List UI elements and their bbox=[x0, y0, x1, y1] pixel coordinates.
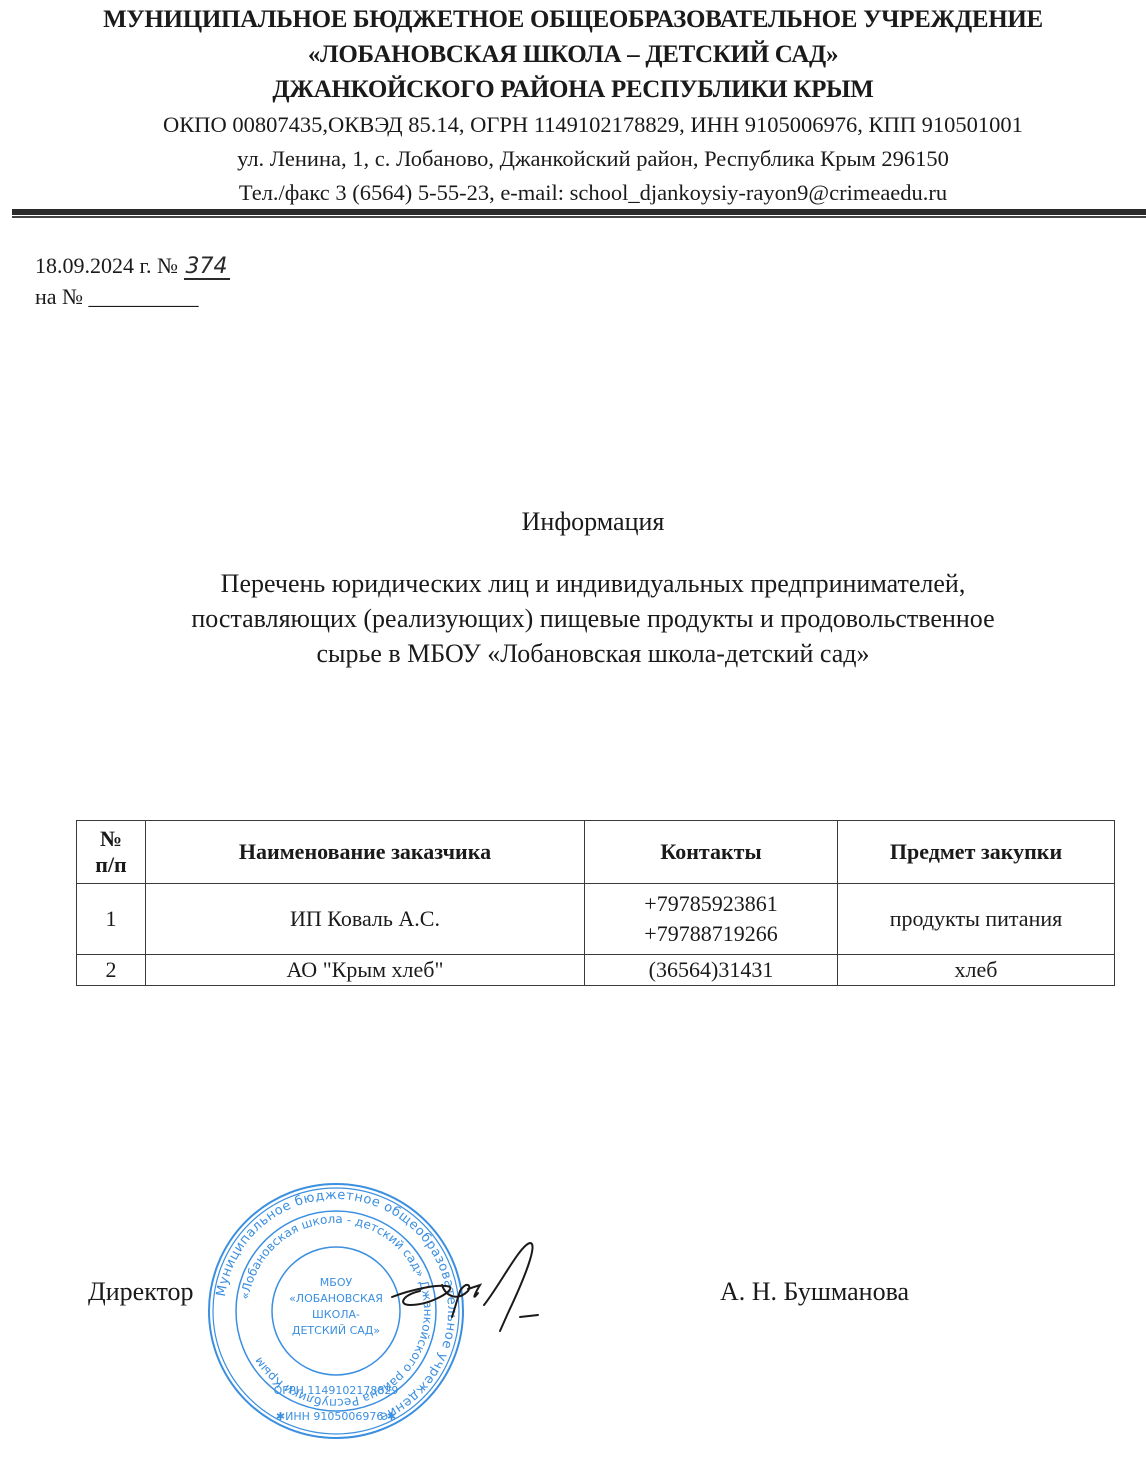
letterhead-divider bbox=[12, 209, 1146, 218]
org-address: ул. Ленина, 1, с. Лобаново, Джанкойский … bbox=[0, 146, 1146, 172]
contact-phone: +79785923861 bbox=[591, 889, 831, 919]
signatory-position: Директор bbox=[88, 1277, 194, 1307]
org-name-line2: «ЛОБАНОВСКАЯ ШКОЛА – ДЕТСКИЙ САД» bbox=[0, 41, 1146, 69]
org-name-line3: ДЖАНКОЙСКОГО РАЙОНА РЕСПУБЛИКИ КРЫМ bbox=[0, 76, 1146, 104]
header-purchase-subject: Предмет закупки bbox=[838, 821, 1115, 884]
document-subtitle-line1: Перечень юридических лиц и индивидуальны… bbox=[0, 566, 1146, 601]
row-customer-name: ИП Коваль А.С. bbox=[146, 884, 585, 955]
reference-date: 18.09.2024 г. № bbox=[35, 253, 184, 278]
document-subtitle-line3: сырье в МБОУ «Лобановская школа-детский … bbox=[0, 636, 1146, 671]
outgoing-reference: 18.09.2024 г. № 374 bbox=[35, 253, 230, 280]
contact-phone: +79788719266 bbox=[591, 919, 831, 949]
signature-icon bbox=[380, 1235, 560, 1335]
svg-text:✱ИНН 9105006976 ✱: ✱ИНН 9105006976 ✱ bbox=[276, 1410, 396, 1423]
table-header-row: № п/п Наименование заказчика Контакты Пр… bbox=[77, 821, 1115, 884]
suppliers-table: № п/п Наименование заказчика Контакты Пр… bbox=[76, 820, 1115, 986]
row-number: 1 bbox=[77, 884, 146, 955]
document-subtitle-line2: поставляющих (реализующих) пищевые проду… bbox=[0, 601, 1146, 636]
row-purchase-subject: хлеб bbox=[838, 955, 1115, 986]
reference-number: 374 bbox=[184, 256, 230, 280]
row-number: 2 bbox=[77, 955, 146, 986]
row-contacts: (36564)31431 bbox=[585, 955, 838, 986]
table-row: 1 ИП Коваль А.С. +79785923861 +797887192… bbox=[77, 884, 1115, 955]
row-contacts: +79785923861 +79788719266 bbox=[585, 884, 838, 955]
document-title: Информация bbox=[0, 507, 1146, 537]
svg-text:ОГРН 1149102178829: ОГРН 1149102178829 bbox=[274, 1384, 399, 1397]
header-customer-name: Наименование заказчика bbox=[146, 821, 585, 884]
row-purchase-subject: продукты питания bbox=[838, 884, 1115, 955]
signatory-name: А. Н. Бушманова bbox=[720, 1277, 909, 1307]
org-codes: ОКПО 00807435,ОКВЭД 85.14, ОГРН 11491021… bbox=[0, 112, 1146, 138]
header-number: № п/п bbox=[77, 821, 146, 884]
org-contacts: Тел./факс 3 (6564) 5-55-23, e-mail: scho… bbox=[0, 180, 1146, 206]
svg-text:ШКОЛА-: ШКОЛА- bbox=[312, 1308, 360, 1321]
row-customer-name: АО "Крым хлеб" bbox=[146, 955, 585, 986]
svg-text:«ЛОБАНОВСКАЯ: «ЛОБАНОВСКАЯ bbox=[289, 1292, 383, 1305]
header-contacts: Контакты bbox=[585, 821, 838, 884]
svg-text:МБОУ: МБОУ bbox=[320, 1276, 353, 1289]
org-name-line1: МУНИЦИПАЛЬНОЕ БЮДЖЕТНОЕ ОБЩЕОБРАЗОВАТЕЛЬ… bbox=[0, 6, 1146, 34]
svg-text:ДЕТСКИЙ САД»: ДЕТСКИЙ САД» bbox=[292, 1324, 380, 1337]
reply-to-reference: на № __________ bbox=[35, 284, 199, 310]
table-row: 2 АО "Крым хлеб" (36564)31431 хлеб bbox=[77, 955, 1115, 986]
